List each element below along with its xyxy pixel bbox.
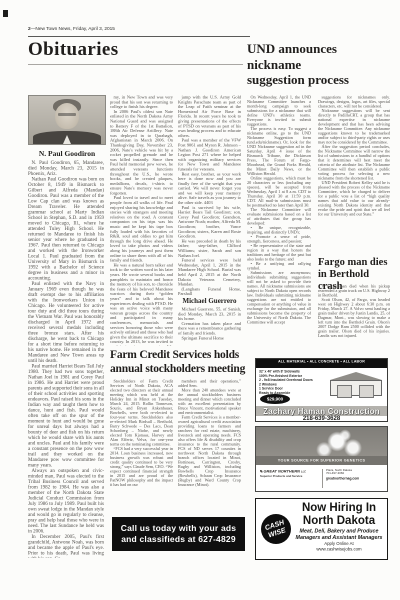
newspaper-page: 2—New Town News, Friday, April 3, 2015 O… [0,0,400,600]
fcs-article-col2: members and their operations,” added Sem… [178,379,241,513]
photo-glasses [58,113,76,116]
scan-artifact [3,10,8,17]
building-door-left [337,385,352,398]
construction-ad-banner-text: ALL MATERIAL • ALL CONCRETE • ALL LABOR [256,360,387,364]
construction-ad-phone: 218-639-3628 [256,416,387,422]
obituaries-title-rule [28,64,243,65]
genetics-ad-company-block: GREAT NORTHERN LLC Superior Products and… [260,469,320,489]
construction-ad-price: $29,900 [260,394,290,404]
guerrero-obituary-text: Michael Guerrero, 55, of Sanish, died Mo… [178,307,241,349]
genetics-ad-contact-block: Plaza, North Dakota 701-497-3082 greatno… [326,469,384,489]
cashwise-ad-positions: Meat, Deli, Bakery and Produce Managers … [293,528,385,541]
goodiron-obituary-col3: jump with the U.S. Army Gold Knights Par… [178,95,241,295]
cashwise-logo: CASH WISE [261,514,291,544]
photo-face [55,103,79,129]
genetics-ad-banner-text: YOUR SOURCE FOR SUPERIOR GENETICS [256,456,387,465]
und-article-col2: suggestions for nicknames only. Drawings… [318,95,390,254]
genetics-ad-tagline: Superior Products and Service [260,475,320,478]
goodiron-obituary-col1: N. Paul Goodiron, 65, Mandaree, died Mon… [28,160,104,558]
cashwise-logo-text: CASH WISE [264,519,288,539]
obituary-portrait-photo [28,95,106,145]
fcs-article-headline: Farm Credit Services holds annual stockh… [110,349,250,376]
genetics-ad: YOUR SOURCE FOR SUPERIOR GENETICS GREAT … [255,426,388,492]
und-article-col1: On Wednesday, April 1, the UND Nickname … [247,95,311,353]
genetics-ad-divider [322,469,323,488]
construction-ad-price-text: $29,900 [260,394,290,404]
construction-ad-company-bar: Zachary Haman Construction [256,406,387,416]
construction-ad-banner: ALL MATERIAL • ALL CONCRETE • ALL LABOR [256,359,387,368]
classifieds-ad: Call us today with your ads and classifi… [112,517,245,551]
genetics-ad-company: GREAT NORTHERN [264,469,300,474]
construction-ad-features: 32' x 40' with 8' Sidewalls 100% Pre-fin… [259,370,325,396]
genetics-ad-phone: 701-497-3082 [326,472,384,475]
fcs-article-col1: Stockholders of Farm Credit Services of … [110,379,173,513]
construction-ad: ALL MATERIAL • ALL CONCRETE • ALL LABOR … [255,358,388,422]
building-door-right [359,385,374,398]
genetics-ad-website: greatnorthernag.com [326,477,384,481]
masthead: 2—New Town News, Friday, April 3, 2015 [28,26,258,35]
obituary-name-guerrero: Michael Guerrero [178,297,241,305]
cashwise-ad: CASH WISE Now Hiring In North Dakota Mea… [255,498,388,560]
cashwise-ad-heading: Now Hiring In North Dakota [293,502,385,527]
masthead-rule [28,36,250,37]
und-article-headline: UND announces nickname suggestion proces… [247,41,393,88]
obituary-name-goodiron: N. Paul Goodiron [28,149,106,158]
leaf-icon [260,470,263,473]
genetics-ad-company-suffix: LLC [301,471,306,474]
building-roof [330,372,382,380]
goodiron-obituary-col2: my, in New Town and was very proud that … [110,95,173,346]
genetics-ad-banner: YOUR SOURCE FOR SUPERIOR GENETICS [256,456,387,465]
building-illustration [330,372,382,398]
obituaries-section-title: Obituaries [28,39,119,61]
folio-text: —New Town News, Friday, April 3, 2015 [31,26,115,32]
construction-ad-company: Zachary Haman Construction [263,407,380,416]
classifieds-ad-text: Call us today with your ads and classifi… [121,523,236,546]
fargo-article-text: A Fargo man died when his pickup rearend… [318,284,390,356]
building-body [330,380,382,396]
cashwise-ad-website: www.cashwisejobs.com [293,547,385,552]
